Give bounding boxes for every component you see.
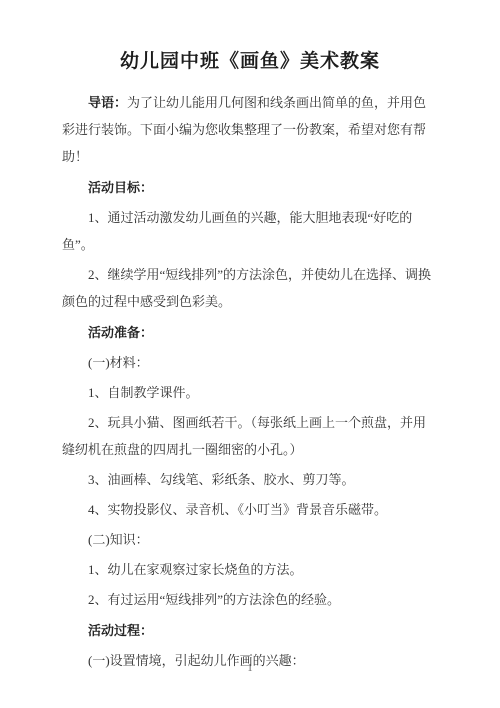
document-page: 幼儿园中班《画鱼》美术教案 导语：为了让幼儿能用几何图和线条画出简单的鱼，并用色…: [0, 0, 500, 708]
lead-paragraph: 导语：为了让幼儿能用几何图和线条画出简单的鱼，并用色彩进行装饰。下面小编为您收集…: [62, 89, 438, 170]
lead-label: 导语：: [88, 95, 127, 110]
subsection-label-knowledge: (二)知识：: [62, 526, 438, 553]
section-heading-preparation: 活动准备：: [62, 319, 438, 346]
list-item: 1、通过活动激发幼儿画鱼的兴趣，能大胆地表现“好吃的鱼”。: [62, 204, 438, 258]
section-heading-process: 活动过程：: [62, 617, 438, 644]
list-item: 2、有过运用“短线排列”的方法涂色的经验。: [62, 586, 438, 613]
subsection-label-materials: (一)材料：: [62, 349, 438, 376]
page-title: 幼儿园中班《画鱼》美术教案: [62, 50, 438, 74]
list-item: 4、实物投影仪、录音机、《小叮当》背景音乐磁带。: [62, 496, 438, 523]
section-heading-goals: 活动目标：: [62, 174, 438, 201]
list-item: 1、幼儿在家观察过家长烧鱼的方法。: [62, 556, 438, 583]
list-item: 1、自制教学课件。: [62, 379, 438, 406]
page-number: 1: [0, 662, 500, 674]
list-item: 2、继续学用“短线排列”的方法涂色，并使幼儿在选择、调换颜色的过程中感受到色彩美…: [62, 261, 438, 315]
list-item: 2、玩具小猫、图画纸若干。（每张纸上画上一个煎盘，并用缝纫机在煎盘的四周扎一圈细…: [62, 409, 438, 463]
list-item: 3、油画棒、勾线笔、彩纸条、胶水、剪刀等。: [62, 466, 438, 493]
